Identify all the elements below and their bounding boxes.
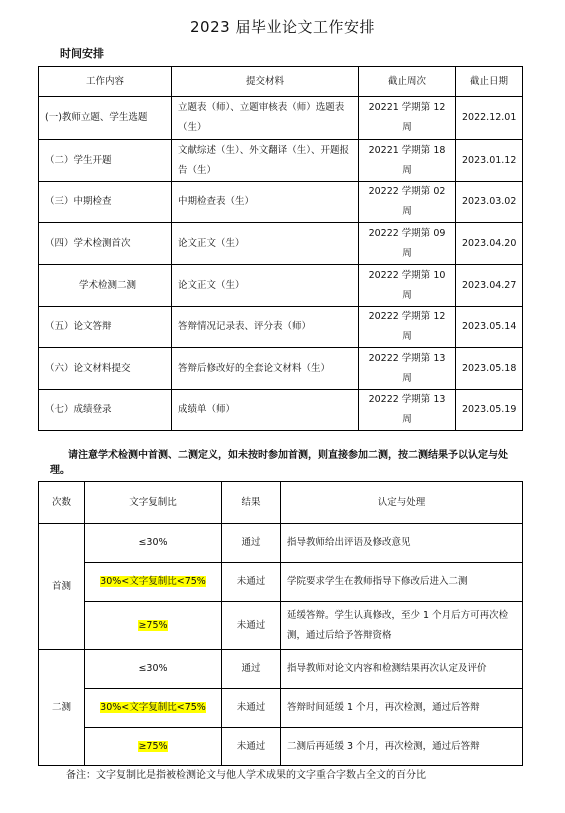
ratio-text-highlighted: ≥75% xyxy=(138,741,167,752)
result-cell: 通过 xyxy=(222,650,281,689)
date-cell: 2023.04.27 xyxy=(456,265,523,307)
table-row: （二）学生开题 文献综述（生）、外文翻译（生）、开题报告（生） 20221 学期… xyxy=(39,140,523,182)
date-cell: 2023.04.20 xyxy=(456,223,523,265)
ratio-text-highlighted: ≥75% xyxy=(138,620,167,631)
date-cell: 2022.12.01 xyxy=(456,97,523,140)
date-cell: 2023.01.12 xyxy=(456,140,523,182)
task-cell: （五）论文答辩 xyxy=(39,307,172,348)
date-cell: 2023.05.18 xyxy=(456,348,523,390)
materials-cell: 答辩后修改好的全套论文材料（生） xyxy=(172,348,359,390)
ratio-cell: 30%<文字复制比<75% xyxy=(85,689,222,728)
table-row: 30%<文字复制比<75% 未通过 答辩时间延缓 1 个月，再次检测，通过后答辩 xyxy=(39,689,523,728)
table-row: 二测 ≤30% 通过 指导教师对论文内容和检测结果再次认定及评价 xyxy=(39,650,523,689)
ratio-cell: ≥75% xyxy=(85,602,222,650)
table-header-row: 工作内容 提交材料 截止周次 截止日期 xyxy=(39,67,523,97)
date-cell: 2023.05.19 xyxy=(456,390,523,431)
table-row: (一)教师立题、学生选题 立题表（师）、立题审核表（师）选题表（生） 20221… xyxy=(39,97,523,140)
table-row: ≥75% 未通过 延缓答辩。学生认真修改，至少 1 个月后方可再次检测，通过后给… xyxy=(39,602,523,650)
column-header: 次数 xyxy=(39,482,85,524)
section-heading-schedule: 时间安排 xyxy=(60,45,104,61)
result-cell: 未通过 xyxy=(222,602,281,650)
week-cell: 20222 学期第 02 周 xyxy=(359,182,456,223)
column-header: 文字复制比 xyxy=(85,482,222,524)
action-cell: 指导教师对论文内容和检测结果再次认定及评价 xyxy=(281,650,523,689)
column-header: 认定与处理 xyxy=(281,482,523,524)
materials-cell: 文献综述（生）、外文翻译（生）、开题报告（生） xyxy=(172,140,359,182)
table-row: 学术检测二测 论文正文（生） 20222 学期第 10 周 2023.04.27 xyxy=(39,265,523,307)
ratio-cell: ≤30% xyxy=(85,650,222,689)
round-label: 首测 xyxy=(39,524,85,650)
materials-cell: 论文正文（生） xyxy=(172,223,359,265)
action-cell: 二测后再延缓 3 个月，再次检测，通过后答辩 xyxy=(281,728,523,766)
date-cell: 2023.05.14 xyxy=(456,307,523,348)
table-row: ≥75% 未通过 二测后再延缓 3 个月，再次检测，通过后答辩 xyxy=(39,728,523,766)
week-cell: 20221 学期第 18 周 xyxy=(359,140,456,182)
task-cell: (一)教师立题、学生选题 xyxy=(39,97,172,140)
task-cell: 学术检测二测 xyxy=(39,265,172,307)
ratio-cell: ≤30% xyxy=(85,524,222,563)
column-header: 工作内容 xyxy=(39,67,172,97)
week-cell: 20222 学期第 10 周 xyxy=(359,265,456,307)
result-cell: 未通过 xyxy=(222,689,281,728)
task-cell: （四）学术检测首次 xyxy=(39,223,172,265)
task-cell: （二）学生开题 xyxy=(39,140,172,182)
table-row: （四）学术检测首次 论文正文（生） 20222 学期第 09 周 2023.04… xyxy=(39,223,523,265)
materials-cell: 答辩情况记录表、评分表（师） xyxy=(172,307,359,348)
plagiarism-note: 请注意学术检测中首测、二测定义，如未按时参加首测，则直接参加二测，按二测结果予以… xyxy=(50,448,520,478)
ratio-text-highlighted: 30%<文字复制比<75% xyxy=(100,576,206,587)
ratio-text-highlighted: 30%<文字复制比<75% xyxy=(100,702,206,713)
table-row: （六）论文材料提交 答辩后修改好的全套论文材料（生） 20222 学期第 13 … xyxy=(39,348,523,390)
ratio-cell: 30%<文字复制比<75% xyxy=(85,563,222,602)
table-row: 30%<文字复制比<75% 未通过 学院要求学生在教师指导下修改后进入二测 xyxy=(39,563,523,602)
ratio-text: ≤30% xyxy=(138,537,167,548)
result-cell: 通过 xyxy=(222,524,281,563)
materials-cell: 立题表（师）、立题审核表（师）选题表（生） xyxy=(172,97,359,140)
week-cell: 20222 学期第 12 周 xyxy=(359,307,456,348)
table-row: 首测 ≤30% 通过 指导教师给出评语及修改意见 xyxy=(39,524,523,563)
materials-cell: 中期检查表（生） xyxy=(172,182,359,223)
round-label: 二测 xyxy=(39,650,85,766)
table-row: （七）成绩登录 成绩单（师） 20222 学期第 13 周 2023.05.19 xyxy=(39,390,523,431)
ratio-text: ≤30% xyxy=(138,663,167,674)
task-cell: （七）成绩登录 xyxy=(39,390,172,431)
action-cell: 学院要求学生在教师指导下修改后进入二测 xyxy=(281,563,523,602)
table-header-row: 次数 文字复制比 结果 认定与处理 xyxy=(39,482,523,524)
plagiarism-table: 次数 文字复制比 结果 认定与处理 首测 ≤30% 通过 指导教师给出评语及修改… xyxy=(38,481,523,766)
table-row: （三）中期检查 中期检查表（生） 20222 学期第 02 周 2023.03.… xyxy=(39,182,523,223)
materials-cell: 成绩单（师） xyxy=(172,390,359,431)
ratio-cell: ≥75% xyxy=(85,728,222,766)
action-cell: 延缓答辩。学生认真修改，至少 1 个月后方可再次检测，通过后给予答辩资格 xyxy=(281,602,523,650)
table-row: （五）论文答辩 答辩情况记录表、评分表（师） 20222 学期第 12 周 20… xyxy=(39,307,523,348)
footnote: 备注：文字复制比是指被检测论文与他人学术成果的文字重合字数占全文的百分比 xyxy=(66,766,426,781)
week-cell: 20222 学期第 13 周 xyxy=(359,390,456,431)
schedule-table: 工作内容 提交材料 截止周次 截止日期 (一)教师立题、学生选题 立题表（师）、… xyxy=(38,66,523,431)
materials-cell: 论文正文（生） xyxy=(172,265,359,307)
column-header: 截止日期 xyxy=(456,67,523,97)
week-cell: 20222 学期第 13 周 xyxy=(359,348,456,390)
action-cell: 指导教师给出评语及修改意见 xyxy=(281,524,523,563)
week-cell: 20222 学期第 09 周 xyxy=(359,223,456,265)
result-cell: 未通过 xyxy=(222,563,281,602)
document-title: 2023 届毕业论文工作安排 xyxy=(0,16,565,37)
action-cell: 答辩时间延缓 1 个月，再次检测，通过后答辩 xyxy=(281,689,523,728)
task-cell: （六）论文材料提交 xyxy=(39,348,172,390)
column-header: 结果 xyxy=(222,482,281,524)
date-cell: 2023.03.02 xyxy=(456,182,523,223)
column-header: 截止周次 xyxy=(359,67,456,97)
week-cell: 20221 学期第 12 周 xyxy=(359,97,456,140)
result-cell: 未通过 xyxy=(222,728,281,766)
column-header: 提交材料 xyxy=(172,67,359,97)
task-cell: （三）中期检查 xyxy=(39,182,172,223)
